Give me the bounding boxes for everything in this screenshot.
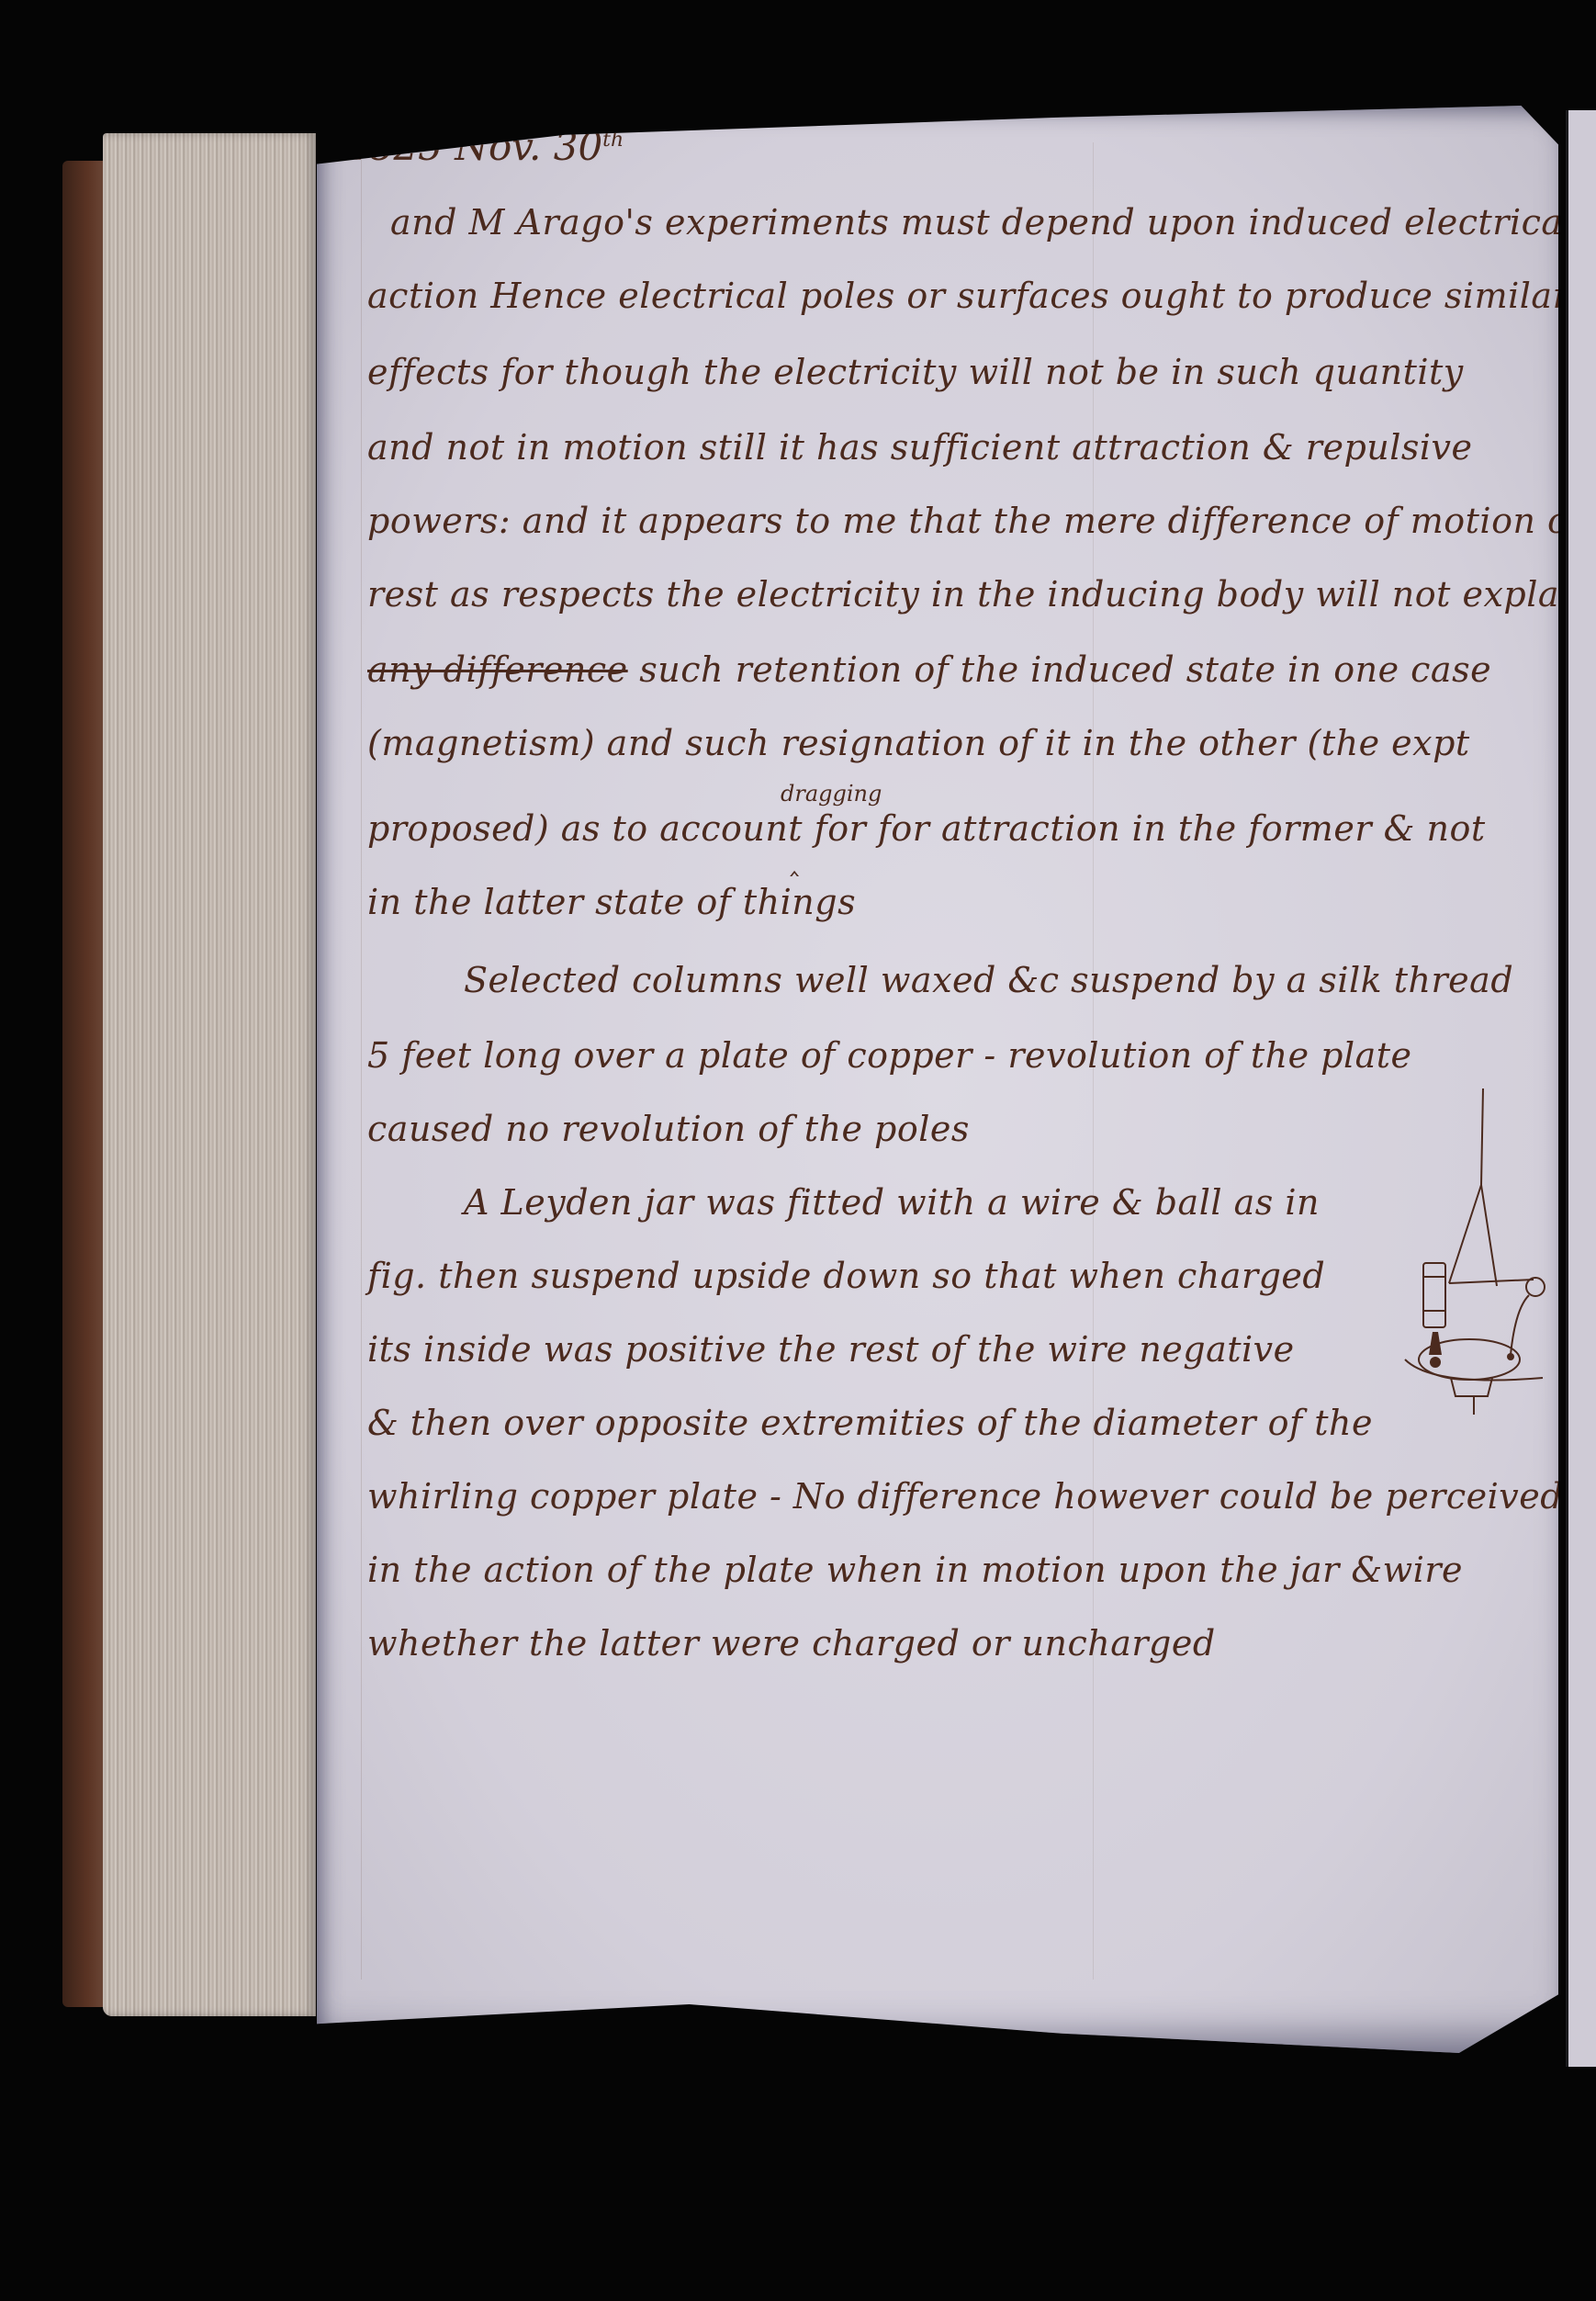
text-line-8: (magnetism) and such resignation of it i… — [367, 723, 1470, 763]
text-line-10: in the latter state of things — [367, 882, 856, 922]
insertion-caret: ‸ — [790, 845, 799, 877]
struck-text: any difference — [367, 649, 628, 690]
text-line-1: and M Arago's experiments must depend up… — [390, 202, 1574, 243]
text-line-2: action Hence electrical poles or surface… — [367, 276, 1569, 316]
date-text: 1825 Nov. 30 — [344, 124, 602, 169]
text-line-14: A Leyden jar was fitted with a wire & ba… — [464, 1182, 1320, 1223]
page-stack-edges — [103, 133, 316, 2016]
text-line-16: its inside was positive the rest of the … — [367, 1329, 1295, 1370]
text-line-18: whirling copper plate - No difference ho… — [367, 1476, 1563, 1517]
text-line-7: any difference such retention of the ind… — [367, 649, 1491, 690]
text-line-13: caused no revolution of the poles — [367, 1109, 970, 1149]
margin-rule — [361, 142, 362, 1980]
leyden-jar-sketch-icon — [1377, 1079, 1552, 1428]
manuscript-page: 1825 Nov. 30th and M Arago's experiments… — [317, 106, 1558, 2053]
text-line-9: proposed) as to account for for attracti… — [367, 808, 1486, 849]
text-line-19: in the action of the plate when in motio… — [367, 1550, 1463, 1590]
entry-date: 1825 Nov. 30th — [344, 124, 624, 169]
line-7-text: such retention of the induced state in o… — [639, 649, 1491, 690]
text-line-15: fig. then suspend upside down so that wh… — [367, 1256, 1325, 1296]
text-line-3: effects for though the electricity will … — [367, 352, 1464, 392]
text-line-20: whether the latter were charged or uncha… — [367, 1623, 1216, 1664]
text-line-12: 5 feet long over a plate of copper - rev… — [367, 1035, 1412, 1076]
text-line-6: rest as respects the electricity in the … — [367, 574, 1594, 615]
text-line-5: powers: and it appears to me that the me… — [367, 501, 1586, 541]
facing-page-edge — [1566, 110, 1596, 2067]
text-line-17: & then over opposite extremities of the … — [367, 1403, 1373, 1443]
text-line-11: Selected columns well waxed &c suspend b… — [464, 960, 1513, 1000]
date-superscript: th — [602, 129, 624, 152]
interlinear-insertion: dragging — [781, 781, 882, 806]
text-line-4: and not in motion still it has sufficien… — [367, 427, 1473, 468]
